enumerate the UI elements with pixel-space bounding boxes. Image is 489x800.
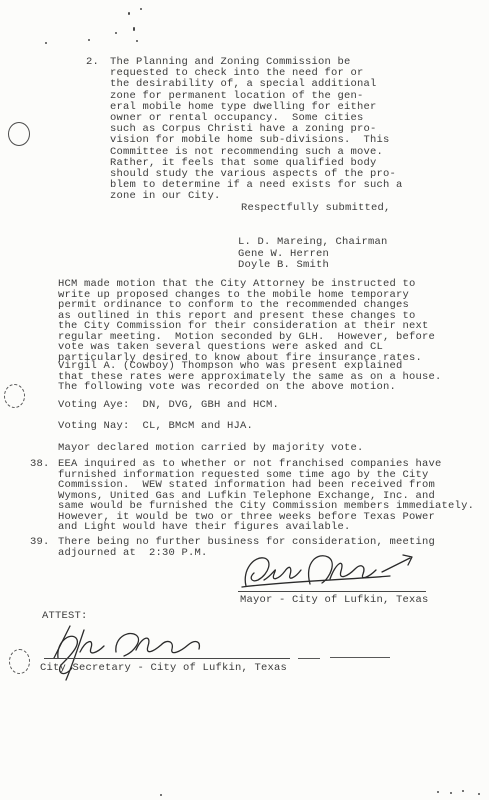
item-2-number: 2. [86,57,99,68]
item-38-number: 38. [30,459,50,470]
voting-nay-line: Voting Nay: CL, BMcM and HJA. [58,421,253,432]
item-38-text: EEA inquired as to whether or not franch… [58,459,474,533]
document-text-layer: 2. The Planning and Zoning Commission be… [0,0,489,800]
item-2-text: The Planning and Zoning Commission be re… [110,57,403,203]
attest-label: ATTEST: [42,611,88,622]
secretary-signature-line [44,658,290,659]
respectfully-submitted-line: Respectfully submitted, [241,203,391,214]
committee-signatories: L. D. Mareing, Chairman Gene W. Herren D… [238,237,388,272]
mayor-signature [240,550,430,592]
voting-aye-line: Voting Aye: DN, DVG, GBH and HCM. [58,400,279,411]
thompson-paragraph: Virgil A. (Cowboy) Thompson who was pres… [58,361,442,393]
motion-carried-line: Mayor declared motion carried by majorit… [58,443,364,454]
secretary-signature-line-dash [330,657,390,658]
secretary-signature-line-dash [298,658,320,659]
scanned-page: 2. The Planning and Zoning Commission be… [0,0,489,800]
mayor-signature-line [238,591,426,592]
mayor-signature-label: Mayor - City of Lufkin, Texas [240,595,429,606]
secretary-signature-label: City Secretary - City of Lufkin, Texas [40,663,287,674]
item-39-number: 39. [30,537,50,548]
motion-paragraph: HCM made motion that the City Attorney b… [58,279,435,363]
